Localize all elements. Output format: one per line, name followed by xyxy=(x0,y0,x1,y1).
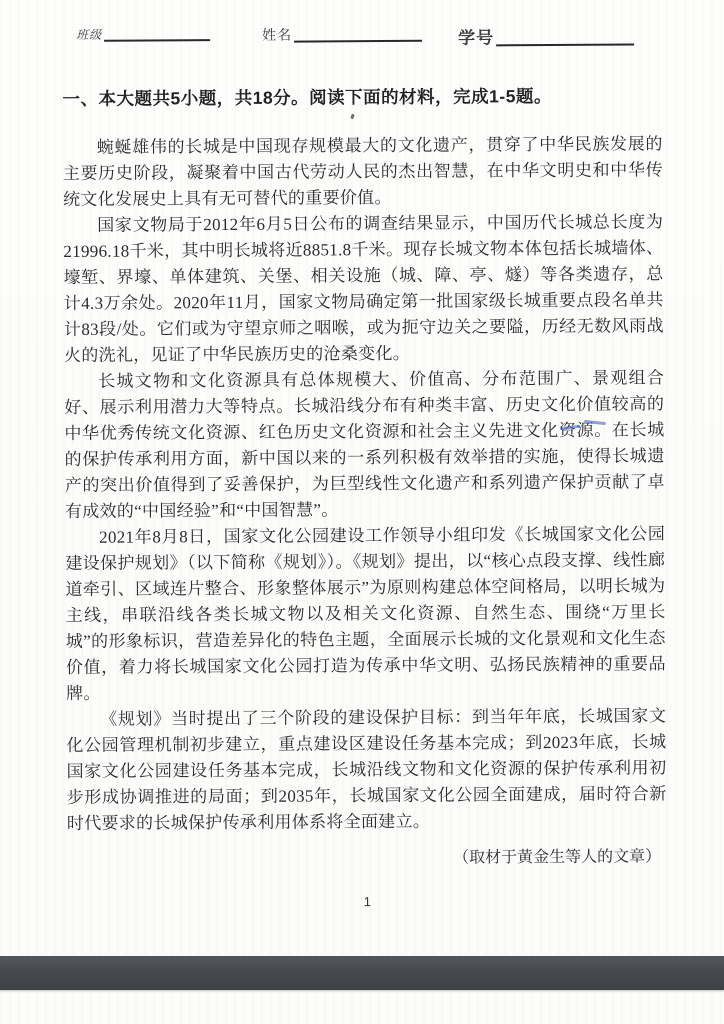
class-field: 班级 xyxy=(76,25,210,44)
article-paragraph: 2021年8月8日，国家文化公园建设工作领导小组印发《长城国家文化公园建设保护规… xyxy=(65,521,666,707)
student-id-blank-line xyxy=(496,44,634,47)
scanner-edge-band xyxy=(0,956,724,990)
name-field: 姓名 xyxy=(262,24,422,45)
name-label: 姓名 xyxy=(262,27,292,43)
reading-material: 蜿蜒雄伟的长城是中国现存规模最大的文化遗产，贯穿了中华民族发展的主要历史阶段，凝… xyxy=(63,131,667,837)
article-paragraph: 蜿蜒雄伟的长城是中国现存规模最大的文化遗产，贯穿了中华民族发展的主要历史阶段，凝… xyxy=(63,131,663,213)
class-blank-line xyxy=(104,39,210,42)
page-content: 班级 姓名 学号 一、本大题共5小题，共18分。阅读下面的材料，完成1-5题。 … xyxy=(62,22,667,911)
student-id-field: 学号 xyxy=(458,23,634,49)
section-heading: 一、本大题共5小题，共18分。阅读下面的材料，完成1-5题。 xyxy=(62,82,662,111)
article-paragraph: 国家文物局于2012年6月5日公布的调查结果显示，中国历代长城总长度为21996… xyxy=(63,209,664,369)
class-label: 班级 xyxy=(76,28,102,42)
student-id-label: 学号 xyxy=(458,28,494,47)
article-paragraph: 《规划》当时提出了三个阶段的建设保护目标：到当年年底，长城国家文化公园管理机制初… xyxy=(66,703,667,837)
scanned-exam-page: 班级 姓名 学号 一、本大题共5小题，共18分。阅读下面的材料，完成1-5题。 … xyxy=(0,0,724,1024)
article-paragraph: 长城文物和文化资源具有总体规模大、价值高、分布范围广、景观组合好、展示利用潜力大… xyxy=(64,365,665,525)
student-info-row: 班级 姓名 学号 xyxy=(62,22,662,60)
page-number: 1 xyxy=(67,892,667,911)
source-attribution: （取材于黄金生等人的文章） xyxy=(67,843,667,870)
name-blank-line xyxy=(294,40,422,43)
